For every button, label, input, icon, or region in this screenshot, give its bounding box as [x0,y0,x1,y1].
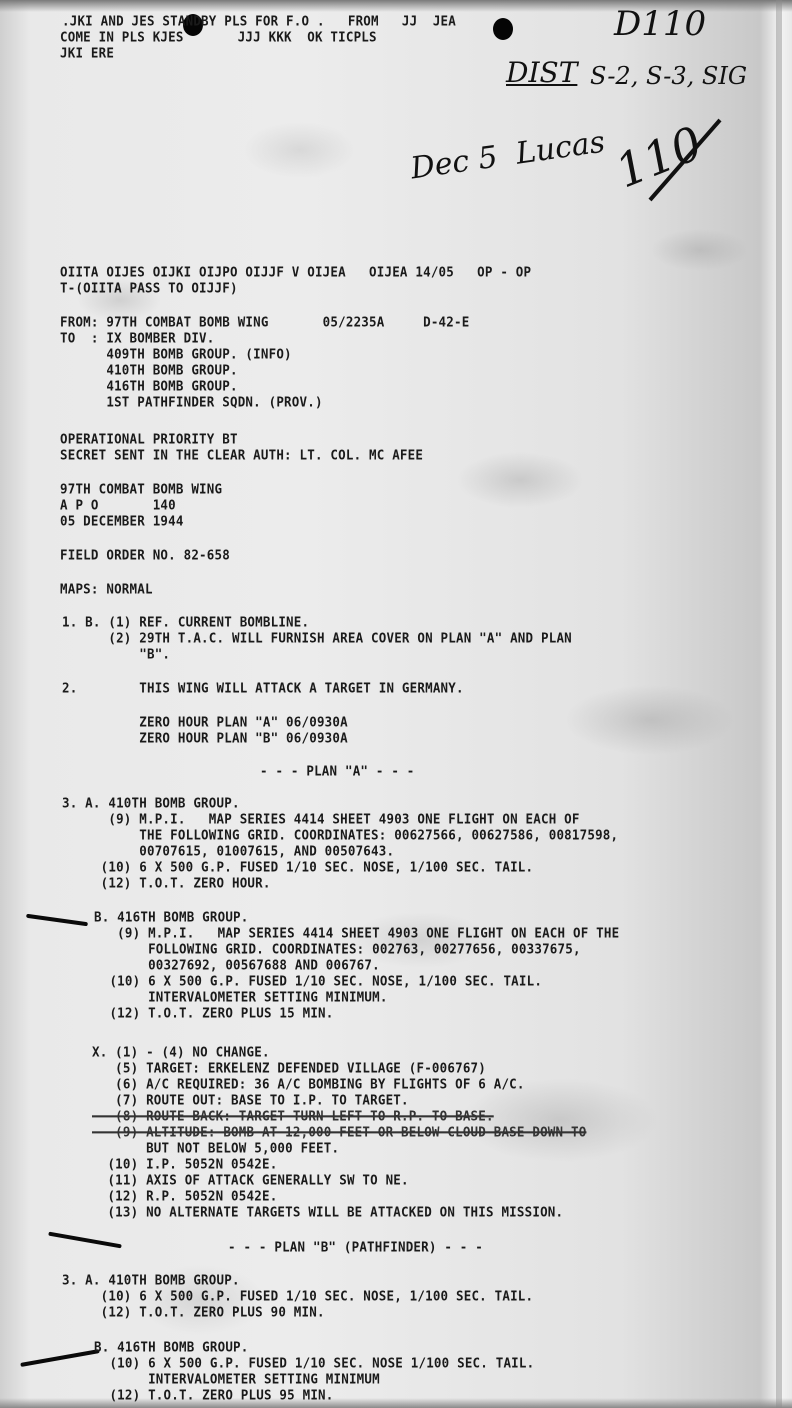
origin-line: 97TH COMBAT BOMB WING [60,482,222,497]
plan-a-x-line: BUT NOT BELOW 5,000 FEET. [92,1141,339,1156]
plan-a-3b-line: 00327692, 00567688 AND 006767. [94,958,380,973]
plan-a-3b-line: (12) T.O.T. ZERO PLUS 15 MIN. [94,1006,334,1021]
plan-a-3a-line: (12) T.O.T. ZERO HOUR. [62,876,271,891]
field-order-number: FIELD ORDER NO. 82-658 [60,548,230,563]
header-line: .JKI AND JES STANDBY PLS FOR F.O . FROM … [62,14,456,29]
maps-line: MAPS: NORMAL [60,582,153,597]
origin-line: 05 DECEMBER 1944 [60,514,184,529]
plan-b-3a-line: (12) T.O.T. ZERO PLUS 90 MIN. [62,1305,325,1320]
plan-b-3b-line: (12) T.O.T. ZERO PLUS 95 MIN. [94,1388,334,1403]
plan-a-x-line: (7) ROUTE OUT: BASE TO I.P. TO TARGET. [92,1093,409,1108]
handwritten-dist-label: DIST [506,56,577,89]
plan-a-x-line: (10) I.P. 5052N 0542E. [92,1157,277,1172]
address-recipient: 410TH BOMB GROUP. [60,363,238,378]
address-recipient: 409TH BOMB GROUP. (INFO) [60,347,292,362]
scan-edge-right [776,0,782,1408]
plan-b-heading: - - - PLAN "B" (PATHFINDER) - - - [228,1240,483,1255]
plan-b-3b-line: INTERVALOMETER SETTING MINIMUM [94,1372,380,1387]
routing-line: T-(OIITA PASS TO OIJJF) [60,281,238,296]
section2-line: 2. THIS WING WILL ATTACK A TARGET IN GER… [62,681,464,696]
header-line: JKI ERE [60,46,114,61]
plan-a-3a-line: 00707615, 01007615, AND 00507643. [62,844,394,859]
routing-line: OIITA OIJES OIJKI OIJPO OIJJF V OIJEA OI… [60,265,531,280]
handwritten-dist-list: S-2, S-3, SIG [590,62,747,90]
priority-line: OPERATIONAL PRIORITY BT [60,432,238,447]
address-from: FROM: 97TH COMBAT BOMB WING 05/2235A D-4… [60,315,469,330]
section2-line: ZERO HOUR PLAN "A" 06/0930A [62,715,348,730]
section1-line: (2) 29TH T.A.C. WILL FURNISH AREA COVER … [62,631,572,646]
plan-a-3b-line: (10) 6 X 500 G.P. FUSED 1/10 SEC. NOSE, … [94,974,542,989]
address-to: TO : IX BOMBER DIV. [60,331,215,346]
plan-b-3b-line: (10) 6 X 500 G.P. FUSED 1/10 SEC. NOSE 1… [94,1356,534,1371]
plan-a-heading: - - - PLAN "A" - - - [260,764,415,779]
section1-line: "B". [62,647,170,662]
header-line: COME IN PLS KJES JJJ KKK OK TICPLS [60,30,377,45]
handwritten-code: D110 [614,4,706,44]
plan-a-x-struck-line: (8) ROUTE BACK: TARGET TURN LEFT TO R.P.… [92,1109,494,1124]
plan-a-x-line: X. (1) - (4) NO CHANGE. [92,1045,270,1060]
check-mark-icon [620,110,730,210]
plan-b-3a-line: (10) 6 X 500 G.P. FUSED 1/10 SEC. NOSE, … [62,1289,533,1304]
plan-a-3a-line: (10) 6 X 500 G.P. FUSED 1/10 SEC. NOSE, … [62,860,533,875]
plan-a-3b-line: INTERVALOMETER SETTING MINIMUM. [94,990,388,1005]
plan-a-3a-line: 3. A. 410TH BOMB GROUP. [62,796,240,811]
plan-b-3b-line: B. 416TH BOMB GROUP. [94,1340,249,1355]
plan-a-3b-line: B. 416TH BOMB GROUP. [94,910,249,925]
plan-a-3b-line: FOLLOWING GRID. COORDINATES: 002763, 002… [94,942,581,957]
plan-a-3a-line: (9) M.P.I. MAP SERIES 4414 SHEET 4903 ON… [62,812,580,827]
plan-a-x-line: (5) TARGET: ERKELENZ DEFENDED VILLAGE (F… [92,1061,486,1076]
plan-b-3a-line: 3. A. 410TH BOMB GROUP. [62,1273,240,1288]
plan-a-x-line: (13) NO ALTERNATE TARGETS WILL BE ATTACK… [92,1205,563,1220]
address-recipient: 1ST PATHFINDER SQDN. (PROV.) [60,395,323,410]
origin-line: A P O 140 [60,498,176,513]
plan-a-x-line: (6) A/C REQUIRED: 36 A/C BOMBING BY FLIG… [92,1077,525,1092]
plan-a-3a-line: THE FOLLOWING GRID. COORDINATES: 0062756… [62,828,618,843]
plan-a-x-line: (11) AXIS OF ATTACK GENERALLY SW TO NE. [92,1173,409,1188]
priority-line: SECRET SENT IN THE CLEAR AUTH: LT. COL. … [60,448,423,463]
section2-line: ZERO HOUR PLAN "B" 06/0930A [62,731,348,746]
punch-hole-right [493,18,513,40]
section1-line: 1. B. (1) REF. CURRENT BOMBLINE. [62,615,309,630]
plan-a-x-struck-line: (9) ALTITUDE: BOMB AT 12,000 FEET OR BEL… [92,1125,586,1140]
address-recipient: 416TH BOMB GROUP. [60,379,238,394]
plan-a-x-line: (12) R.P. 5052N 0542E. [92,1189,277,1204]
plan-a-3b-line: (9) M.P.I. MAP SERIES 4414 SHEET 4903 ON… [94,926,619,941]
